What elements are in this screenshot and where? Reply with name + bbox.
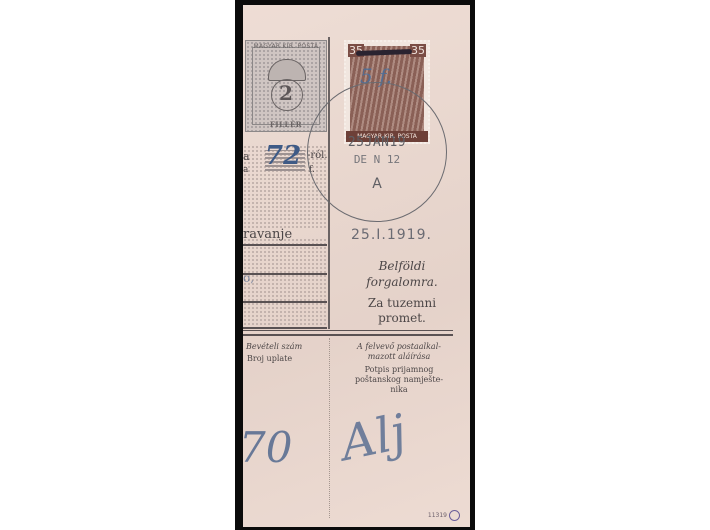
label-receipt-number-hr: Broj uplate <box>247 354 292 364</box>
label-clerk-hr-line1: Potpis prijamnog <box>339 365 459 375</box>
notice-croatian: Za tuzemni promet. <box>337 296 467 326</box>
label-ravanje: ravanje <box>243 227 292 242</box>
form-prefix-top: a <box>243 150 250 163</box>
label-clerk-signature-hu: A felvevő postaalkal- mazott aláírása <box>339 342 459 362</box>
pencil-date: 25.I.1919. <box>351 227 432 243</box>
clerk-signature: Alj <box>336 404 411 472</box>
postmark-time: DE N 12 <box>308 153 446 166</box>
postmark-date: 25JAN19 <box>308 135 446 150</box>
label-clerk-hr-line3: nika <box>339 385 459 395</box>
notice-line-4: promet. <box>337 311 467 326</box>
notice-line-1: Belföldi <box>337 258 467 274</box>
printer-code-text: 11319 <box>428 512 447 519</box>
postmark-cancel: 25JAN19 DE N 12 A <box>307 82 447 222</box>
notice-hungarian: Belföldi forgalomra. <box>337 258 467 290</box>
handwritten-amount: 72 <box>265 141 301 171</box>
printer-logo-icon <box>449 510 460 521</box>
indicium-value: 2 <box>246 81 326 105</box>
form-rule-1 <box>243 244 327 246</box>
vertical-divider-lower <box>329 338 330 518</box>
label-clerk-signature-hr: Potpis prijamnog poštanskog namješte- ni… <box>339 365 459 395</box>
postal-form-fragment: MAGYAR KIR. POSTA 2 FILLÉR a a 72 -ról. … <box>243 5 470 527</box>
stamp-value-right: 35 <box>410 44 426 57</box>
section-rule-bottom <box>243 334 453 336</box>
hatched-field-2 <box>243 238 327 326</box>
label-receipt-number-hu: Bevételi szám <box>246 342 302 352</box>
handwritten-receipt-number: 70 <box>243 423 292 472</box>
printer-code: 11319 <box>428 510 460 521</box>
form-prefix-bottom: a <box>243 165 248 175</box>
section-rule-top <box>243 330 453 331</box>
indicium-top-text: MAGYAR KIR. POSTA <box>246 43 326 50</box>
postmark-letter: A <box>308 176 446 192</box>
form-rule-3 <box>243 301 327 303</box>
notice-line-3: Za tuzemni <box>337 296 467 311</box>
label-clerk-hu-line2: mazott aláírása <box>339 352 459 362</box>
label-clerk-hr-line2: poštanskog namješte- <box>339 375 459 385</box>
label-clerk-hu-line1: A felvevő postaalkal- <box>339 342 459 352</box>
notice-line-2: forgalomra. <box>337 274 467 290</box>
form-rule-4 <box>243 327 327 329</box>
form-rule-2 <box>243 273 327 275</box>
